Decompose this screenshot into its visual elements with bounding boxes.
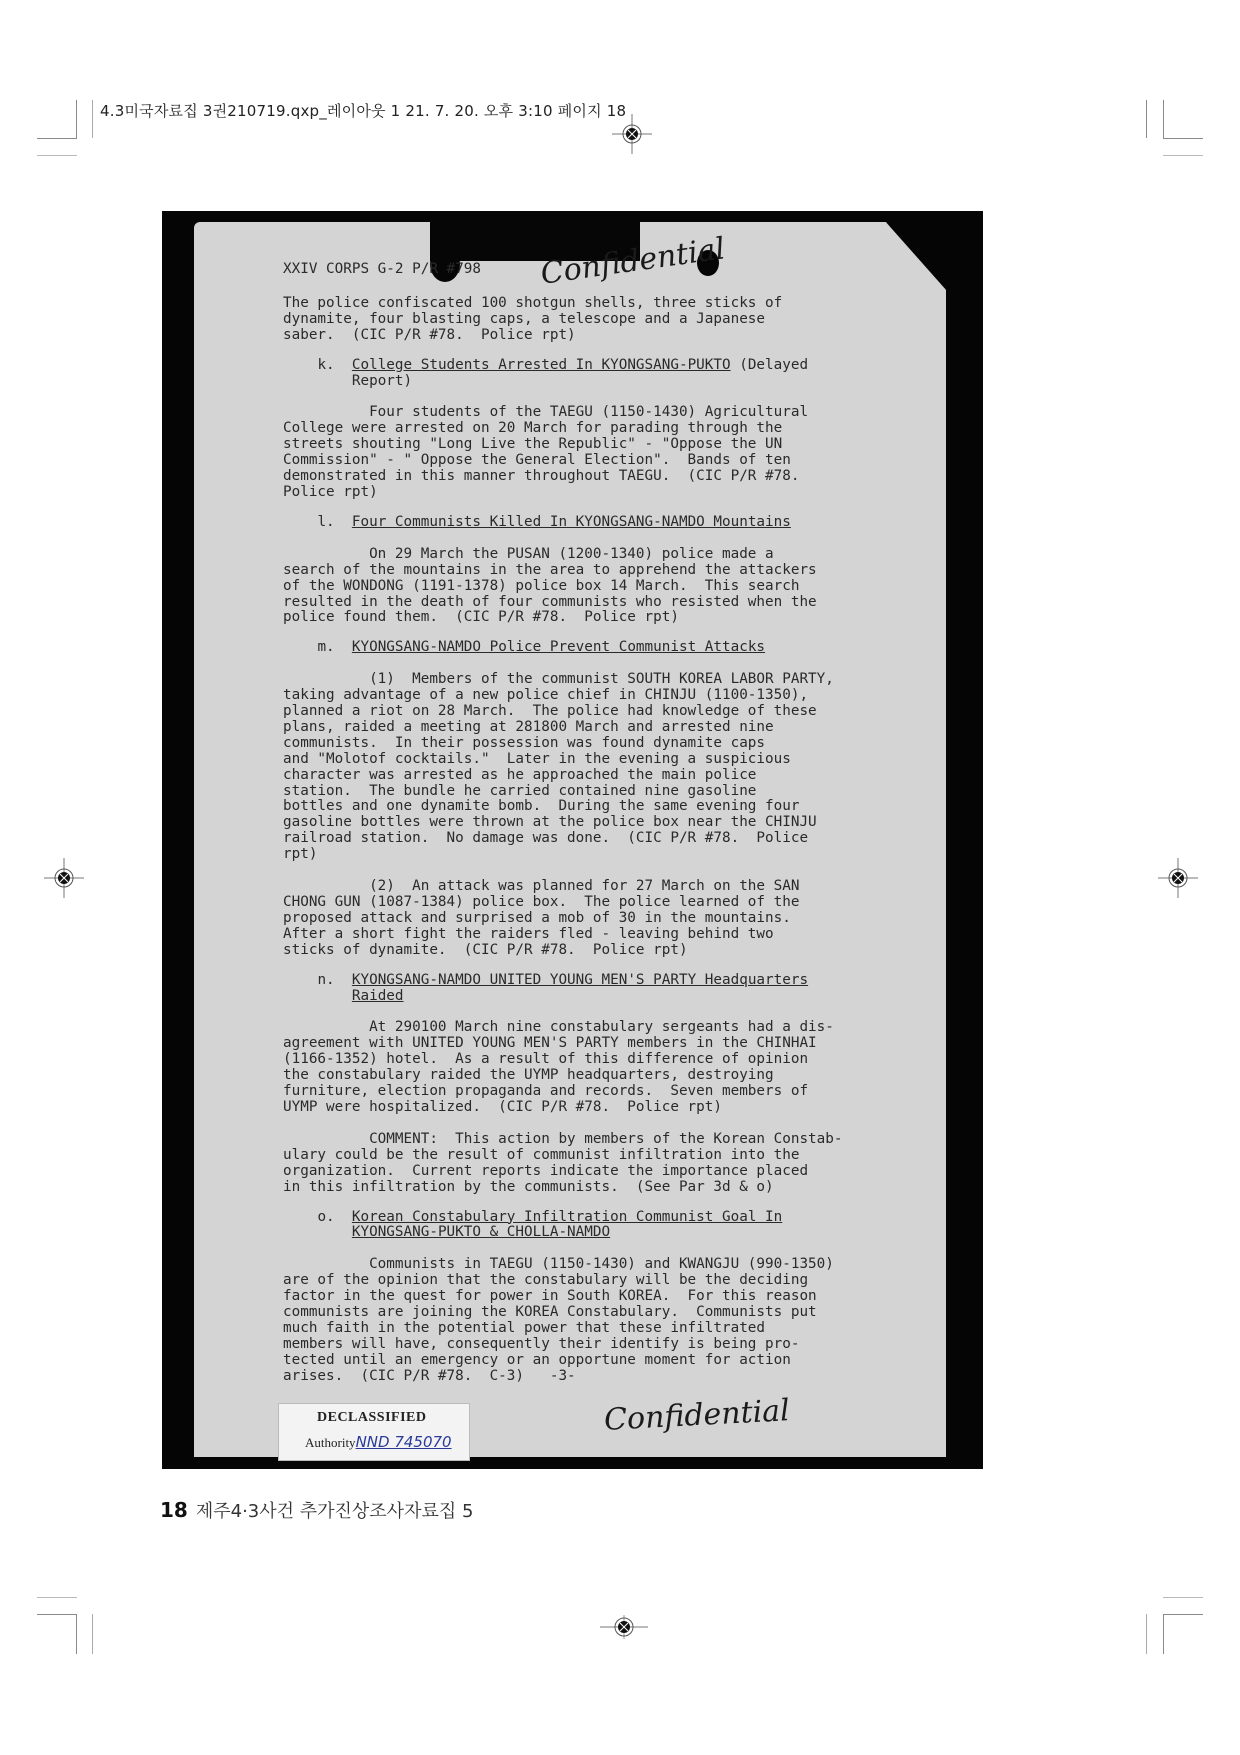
body-line: bottles and one dynamite bomb. During th… <box>283 799 903 815</box>
corps-header: XXIV CORPS G-2 P/R #798 <box>283 262 903 278</box>
body-line: railroad station. No damage was done. (C… <box>283 831 903 847</box>
comment-line: organization. Current reports indicate t… <box>283 1164 903 1180</box>
body-line: agreement with UNITED YOUNG MEN'S PARTY … <box>283 1036 903 1052</box>
section-heading-o: o. Korean Constabulary Infiltration Comm… <box>283 1210 903 1226</box>
body-line: the constabulary raided the UYMP headqua… <box>283 1068 903 1084</box>
body-line: much faith in the potential power that t… <box>283 1321 903 1337</box>
body-line: taking advantage of a new police chief i… <box>283 688 903 704</box>
section-heading-n: n. KYONGSANG-NAMDO UNITED YOUNG MEN'S PA… <box>283 973 903 989</box>
body-line: station. The bundle he carried contained… <box>283 784 903 800</box>
intro-line: saber. (CIC P/R #78. Police rpt) <box>283 328 903 344</box>
body-line: demonstrated in this manner throughout T… <box>283 469 903 485</box>
crop-mark-bottom-right-v2 <box>1146 1614 1147 1654</box>
crop-mark-top-left-v <box>76 100 77 138</box>
body-line: communists. In their possession was foun… <box>283 736 903 752</box>
body-line: sticks of dynamite. (CIC P/R #78. Police… <box>283 943 903 959</box>
stamp-title: DECLASSIFIED <box>317 1410 426 1426</box>
comment-line: ulary could be the result of communist i… <box>283 1148 903 1164</box>
crop-mark-bottom-right-h2 <box>1163 1597 1203 1598</box>
body-line: (1) Members of the communist SOUTH KOREA… <box>283 672 903 688</box>
print-slug: 4.3미국자료집 3권210719.qxp_레이아웃 1 21. 7. 20. … <box>100 100 626 121</box>
registration-mark-right-icon <box>1158 858 1198 898</box>
body-line: Police rpt) <box>283 485 903 501</box>
body-line: arises. (CIC P/R #78. C-3) -3- <box>283 1369 903 1385</box>
book-title: 제주4·3사건 추가진상조사자료집 5 <box>196 1501 474 1522</box>
crop-mark-bottom-left-v <box>76 1614 77 1654</box>
body-line: On 29 March the PUSAN (1200-1340) police… <box>283 547 903 563</box>
crop-mark-top-right-h <box>1163 138 1203 139</box>
crop-mark-top-right-h2 <box>1163 155 1203 156</box>
body-line: (2) An attack was planned for 27 March o… <box>283 879 903 895</box>
body-line: (1166-1352) hotel. As a result of this d… <box>283 1052 903 1068</box>
body-line: tected until an emergency or an opportun… <box>283 1353 903 1369</box>
intro-line: dynamite, four blasting caps, a telescop… <box>283 312 903 328</box>
body-line: Communists in TAEGU (1150-1430) and KWAN… <box>283 1257 903 1273</box>
crop-mark-top-right-v <box>1146 100 1147 138</box>
body-line: College were arrested on 20 March for pa… <box>283 421 903 437</box>
body-line: members will have, consequently their id… <box>283 1337 903 1353</box>
body-line: of the WONDONG (1191-1378) police box 14… <box>283 579 903 595</box>
declassified-stamp: DECLASSIFIED AuthorityNND 745070 <box>278 1403 470 1461</box>
body-line: proposed attack and surprised a mob of 3… <box>283 911 903 927</box>
body-line: are of the opinion that the constabulary… <box>283 1273 903 1289</box>
body-line: communists are joining the KOREA Constab… <box>283 1305 903 1321</box>
page-number: 18 <box>160 1498 188 1522</box>
crop-mark-bottom-left-v2 <box>92 1614 93 1654</box>
section-heading-k-cont: Report) <box>283 374 903 390</box>
crop-mark-top-right-v2 <box>1163 100 1164 138</box>
body-line: planned a riot on 28 March. The police h… <box>283 704 903 720</box>
body-line: police found them. (CIC P/R #78. Police … <box>283 610 903 626</box>
crop-mark-top-left-h2 <box>37 155 77 156</box>
page-footer: 18제주4·3사건 추가진상조사자료집 5 <box>160 1497 473 1523</box>
crop-mark-bottom-right-h <box>1163 1614 1203 1615</box>
body-line: gasoline bottles were thrown at the poli… <box>283 815 903 831</box>
registration-mark-left-icon <box>44 858 84 898</box>
body-line: factor in the quest for power in South K… <box>283 1289 903 1305</box>
comment-line: in this infiltration by the communists. … <box>283 1180 903 1196</box>
body-line: After a short fight the raiders fled - l… <box>283 927 903 943</box>
crop-mark-bottom-right-v <box>1163 1614 1164 1654</box>
section-heading-o-cont: KYONGSANG-PUKTO & CHOLLA-NAMDO <box>283 1225 903 1241</box>
section-heading-n-cont: Raided <box>283 989 903 1005</box>
body-line: UYMP were hospitalized. (CIC P/R #78. Po… <box>283 1100 903 1116</box>
body-line: resulted in the death of four communists… <box>283 595 903 611</box>
crop-mark-top-left-h <box>37 138 77 139</box>
body-line: At 290100 March nine constabulary sergea… <box>283 1020 903 1036</box>
body-line: furniture, election propaganda and recor… <box>283 1084 903 1100</box>
section-heading-k: k. College Students Arrested In KYONGSAN… <box>283 358 903 374</box>
body-line: plans, raided a meeting at 281800 March … <box>283 720 903 736</box>
crop-mark-bottom-left-h2 <box>37 1597 77 1598</box>
crop-mark-top-left-v2 <box>92 100 93 138</box>
body-line: and "Molotof cocktails." Later in the ev… <box>283 752 903 768</box>
document-body: XXIV CORPS G-2 P/R #798 The police confi… <box>283 262 903 1385</box>
body-line: search of the mountains in the area to a… <box>283 563 903 579</box>
stamp-authority: AuthorityNND 745070 <box>305 1433 452 1451</box>
intro-line: The police confiscated 100 shotgun shell… <box>283 296 903 312</box>
section-heading-l: l. Four Communists Killed In KYONGSANG-N… <box>283 515 903 531</box>
registration-mark-bottom-icon <box>600 1607 648 1647</box>
comment-line: COMMENT: This action by members of the K… <box>283 1132 903 1148</box>
section-heading-m: m. KYONGSANG-NAMDO Police Prevent Commun… <box>283 640 903 656</box>
body-line: CHONG GUN (1087-1384) police box. The po… <box>283 895 903 911</box>
body-line: character was arrested as he approached … <box>283 768 903 784</box>
body-line: Commission" - " Oppose the General Elect… <box>283 453 903 469</box>
body-line: rpt) <box>283 847 903 863</box>
body-line: Four students of the TAEGU (1150-1430) A… <box>283 405 903 421</box>
crop-mark-bottom-left-h <box>37 1614 77 1615</box>
body-line: streets shouting "Long Live the Republic… <box>283 437 903 453</box>
